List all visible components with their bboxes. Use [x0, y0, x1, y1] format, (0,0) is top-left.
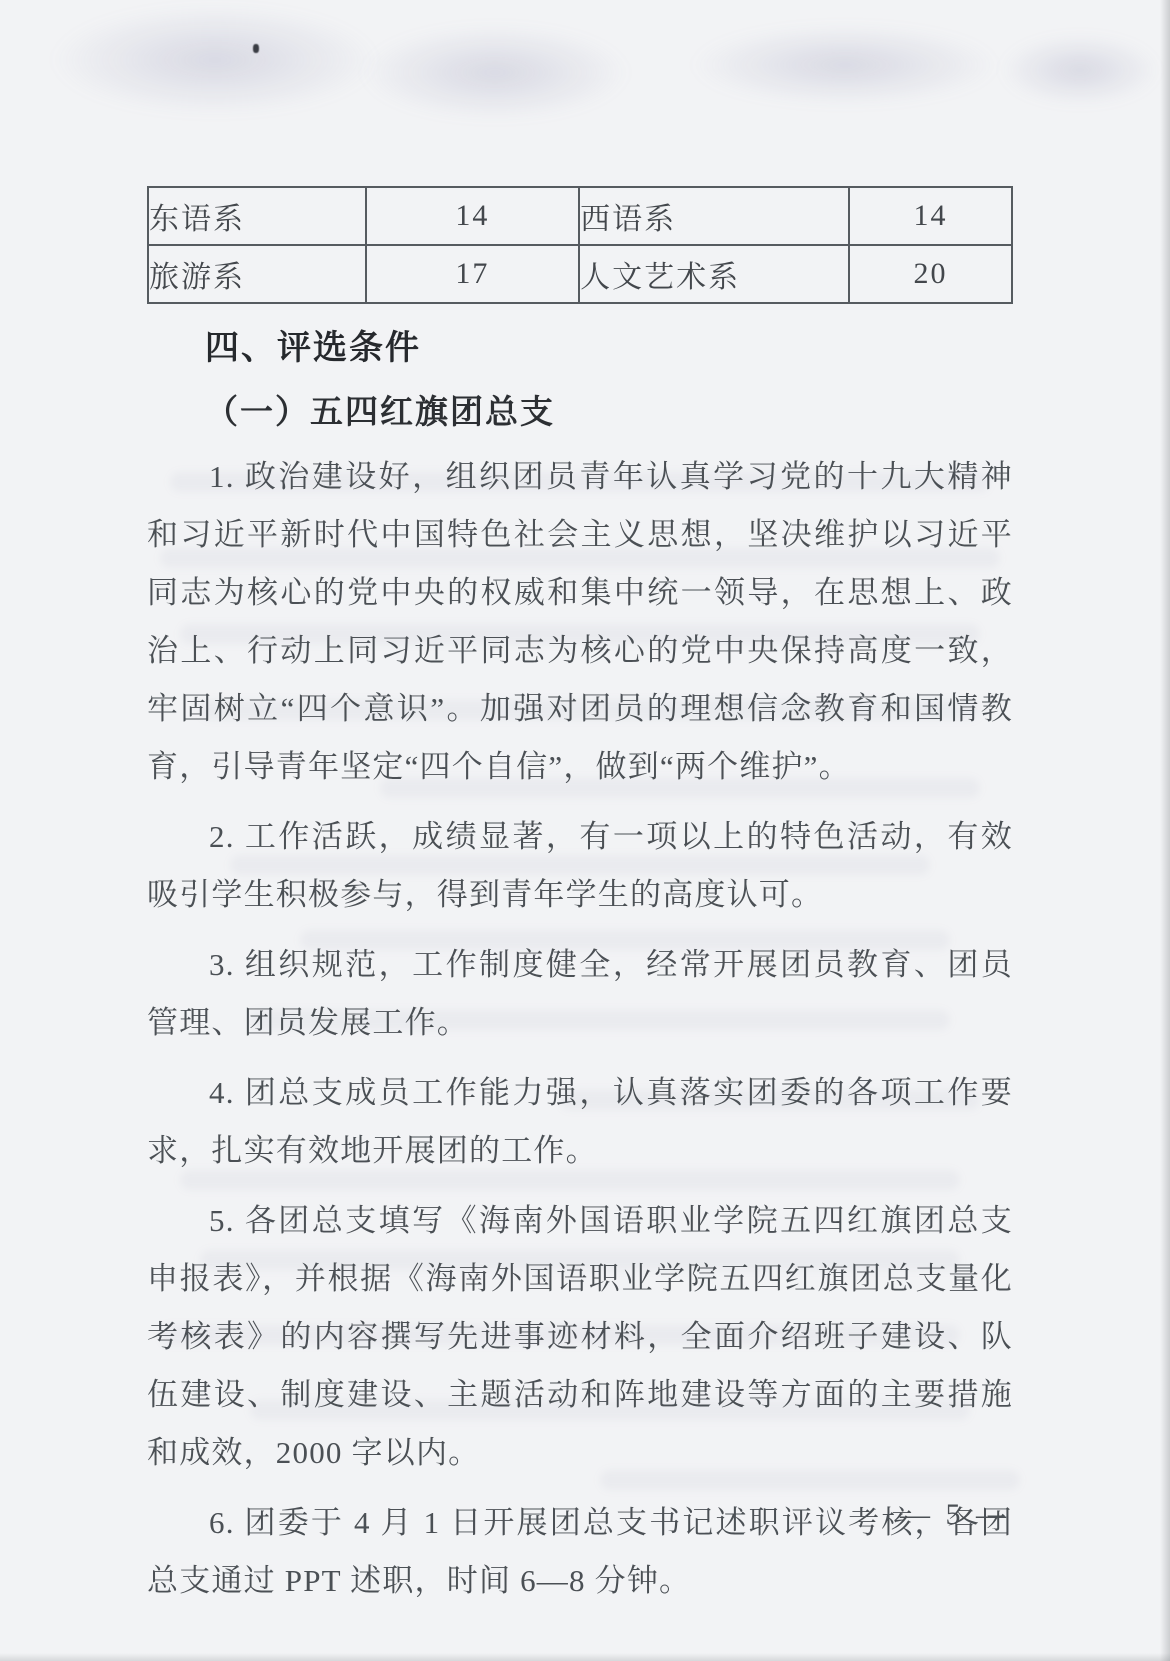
- paragraph-3: 3. 组织规范，工作制度健全，经常开展团员教育、团员管理、团员发展工作。: [147, 936, 1013, 1052]
- table-row: 旅游系 17 人文艺术系 20: [148, 245, 1012, 303]
- bleedthrough-smudge: [50, 5, 380, 115]
- table-cell-count: 14: [849, 187, 1012, 245]
- subsection-heading: （一）五四红旗团总支: [147, 390, 1013, 436]
- paragraph-5: 5. 各团总支填写《海南外国语职业学院五四红旗团总支申报表》，并根据《海南外国语…: [147, 1192, 1013, 1482]
- table-cell-department: 东语系: [148, 187, 366, 245]
- scan-edge-shadow: [0, 1653, 1170, 1661]
- table-cell-count: 14: [366, 187, 579, 245]
- section-heading: 四、评选条件: [147, 326, 1013, 372]
- bleedthrough-smudge: [1000, 35, 1160, 105]
- bleedthrough-smudge: [360, 25, 630, 120]
- department-quota-table: 东语系 14 西语系 14 旅游系 17 人文艺术系 20: [147, 186, 1013, 304]
- paragraph-1: 1. 政治建设好，组织团员青年认真学习党的十九大精神和习近平新时代中国特色社会主…: [147, 448, 1013, 796]
- scan-edge-shadow: [1160, 0, 1170, 1661]
- bleedthrough-smudge: [690, 25, 1000, 105]
- scanned-document-page: { "document": { "section_heading": "四、评选…: [0, 0, 1170, 1661]
- document-body: 东语系 14 西语系 14 旅游系 17 人文艺术系 20 四、评选条件 （一）…: [147, 186, 1013, 1610]
- table-cell-department: 西语系: [579, 187, 849, 245]
- paragraph-4: 4. 团总支成员工作能力强，认真落实团委的各项工作要求，扎实有效地开展团的工作。: [147, 1064, 1013, 1180]
- paragraph-2: 2. 工作活跃，成绩显著，有一项以上的特色活动，有效吸引学生积极参与，得到青年学…: [147, 808, 1013, 924]
- table-cell-department: 人文艺术系: [579, 245, 849, 303]
- table-row: 东语系 14 西语系 14: [148, 187, 1012, 245]
- table-cell-count: 20: [849, 245, 1012, 303]
- ink-speck: [253, 44, 259, 53]
- page-number: — 5 —: [875, 1498, 1035, 1532]
- table-cell-department: 旅游系: [148, 245, 366, 303]
- table-cell-count: 17: [366, 245, 579, 303]
